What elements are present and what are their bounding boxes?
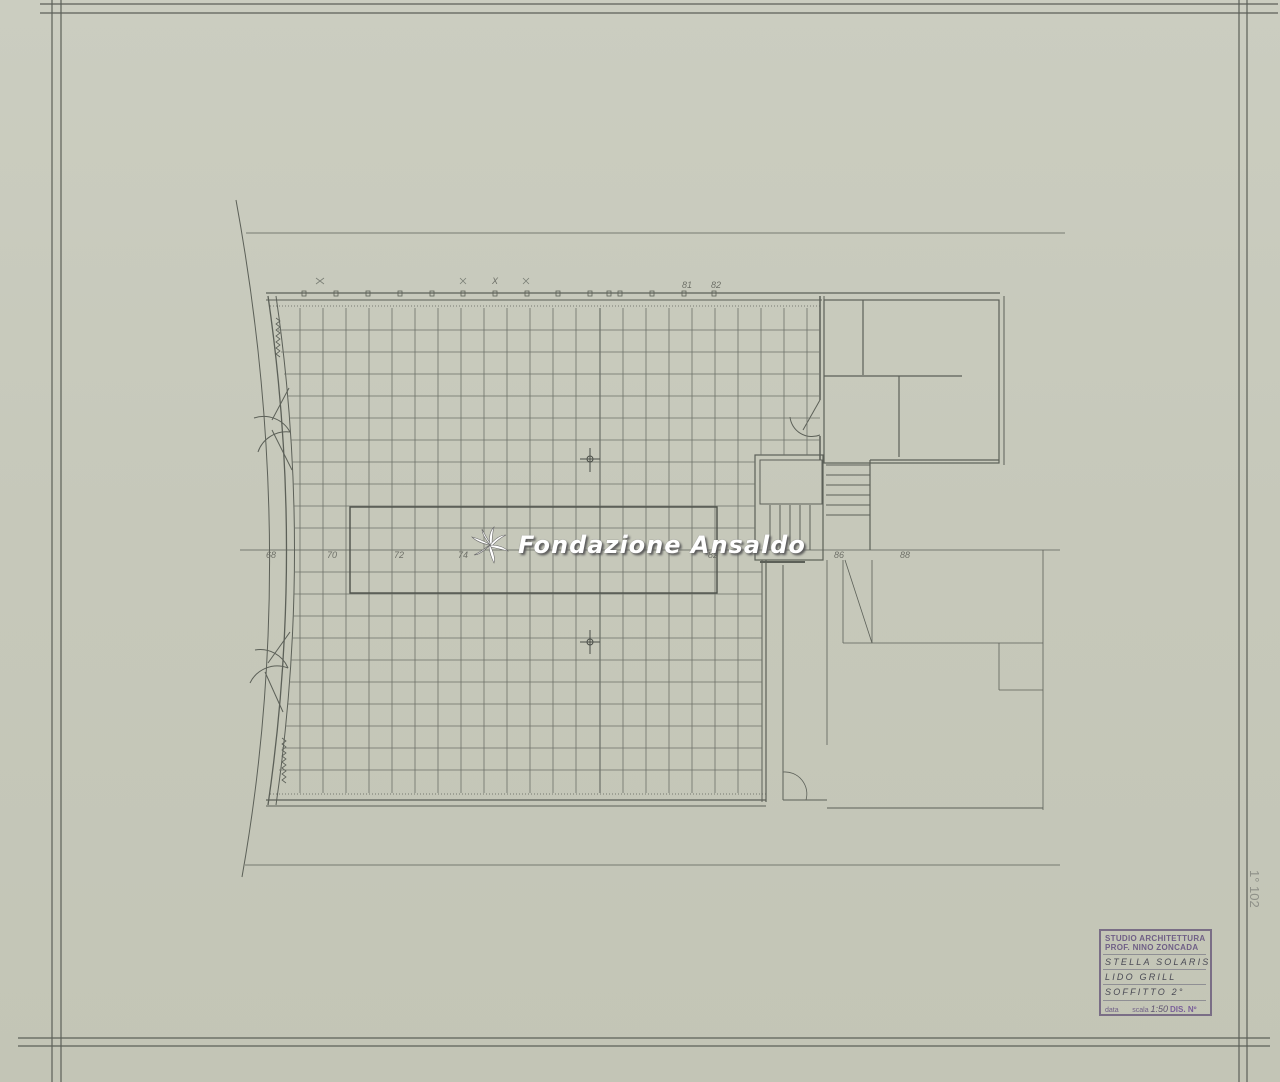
drawing-subject: SOFFITTO 2° — [1105, 987, 1185, 997]
axis-label: 86 — [834, 550, 844, 560]
top-mark-82: 82 — [711, 280, 721, 290]
room-name: LIDO GRILL — [1105, 972, 1177, 982]
ansaldo-swirl-logo-icon — [470, 525, 510, 565]
title-block-footer: data scala 1:50 DIS. Nº — [1105, 1004, 1197, 1014]
axis-label: 72 — [394, 550, 404, 560]
title-block: STUDIO ARCHITETTURA PROF. NINO ZONCADA S… — [1099, 929, 1212, 1016]
drawing-sheet: X 81 82 68 70 72 74 82 86 88 Fondazione … — [0, 0, 1280, 1082]
studio-name: STUDIO ARCHITETTURA — [1105, 934, 1206, 943]
side-annotation: 1° 102 — [1247, 870, 1262, 908]
scale-value: 1:50 — [1151, 1004, 1169, 1014]
axis-label: 70 — [327, 550, 337, 560]
date-label: data — [1105, 1007, 1119, 1014]
axis-label: 88 — [900, 550, 910, 560]
project-name: STELLA SOLARIS — [1105, 957, 1211, 967]
watermark-text: Fondazione Ansaldo — [518, 531, 806, 559]
architect-name: PROF. NINO ZONCADA — [1105, 943, 1198, 952]
scale-label: scala — [1132, 1007, 1148, 1014]
drawing-number-label: DIS. Nº — [1170, 1005, 1196, 1014]
top-mark-75: X — [492, 276, 498, 286]
watermark: Fondazione Ansaldo — [470, 520, 806, 570]
top-mark-81: 81 — [682, 280, 692, 290]
axis-label: 68 — [266, 550, 276, 560]
axis-label: 74 — [458, 550, 468, 560]
